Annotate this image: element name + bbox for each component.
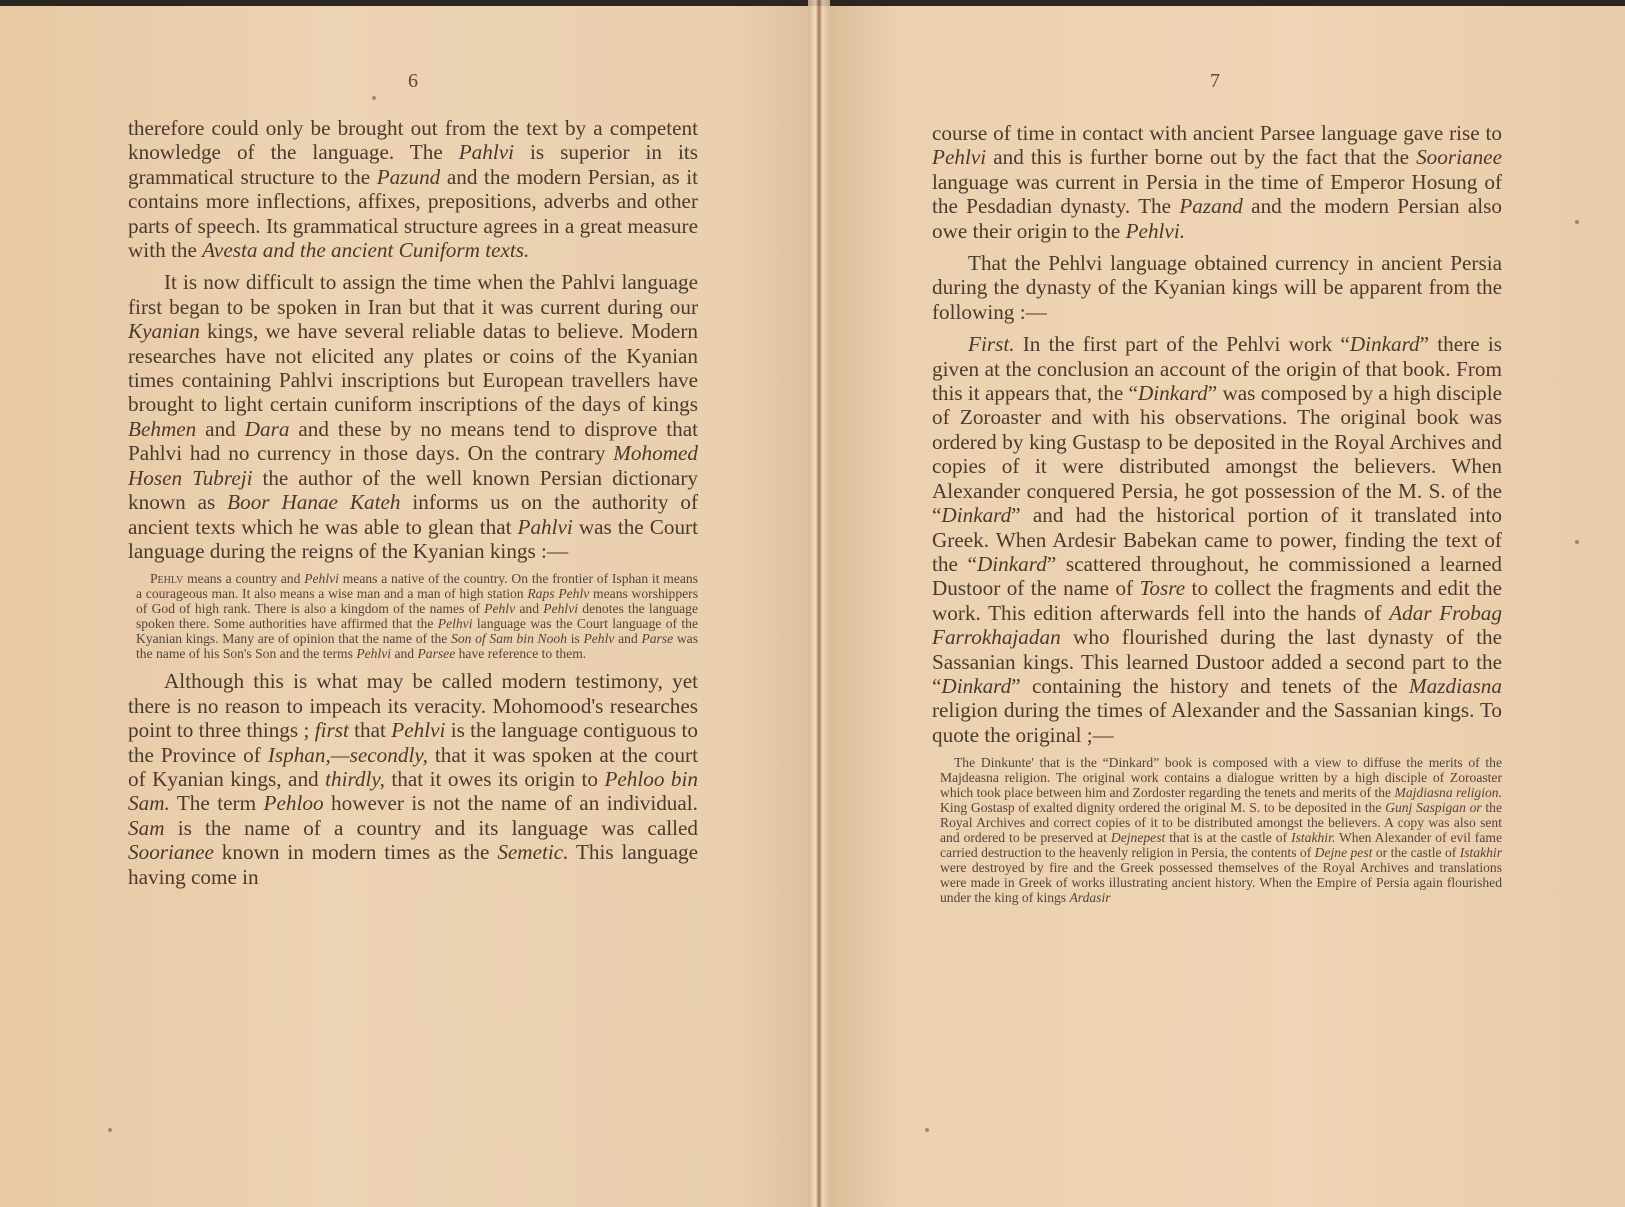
- paper-speck: [1575, 540, 1579, 544]
- paragraph: course of time in contact with ancient P…: [932, 121, 1502, 243]
- footnote: The Dinkunte' that is the “Dinkard” book…: [940, 755, 1502, 905]
- paragraph: therefore could only be brought out from…: [128, 116, 698, 262]
- scan-edge: [820, 0, 1625, 6]
- paper-speck: [1575, 220, 1579, 224]
- paragraph: It is now difficult to assign the time w…: [128, 270, 698, 563]
- paper-speck: [372, 96, 376, 100]
- paper-speck: [925, 1128, 929, 1132]
- paper-speck: [108, 1128, 112, 1132]
- paragraph: Although this is what may be called mode…: [128, 669, 698, 889]
- left-page: 6 therefore could only be brought out fr…: [0, 0, 820, 1207]
- book-spine-gutter: [808, 0, 830, 1207]
- footnote: Pehlv means a country and Pehlvi means a…: [136, 571, 698, 661]
- page-number: 6: [408, 70, 418, 93]
- paragraph: That the Pehlvi language obtained curren…: [932, 251, 1502, 324]
- page-number: 7: [1210, 70, 1220, 93]
- paragraph: First. In the first part of the Pehlvi w…: [932, 332, 1502, 747]
- right-text-column: course of time in contact with ancient P…: [932, 121, 1502, 913]
- right-page: 7 course of time in contact with ancient…: [820, 0, 1625, 1207]
- left-text-column: therefore could only be brought out from…: [128, 116, 698, 889]
- scan-edge: [0, 0, 820, 6]
